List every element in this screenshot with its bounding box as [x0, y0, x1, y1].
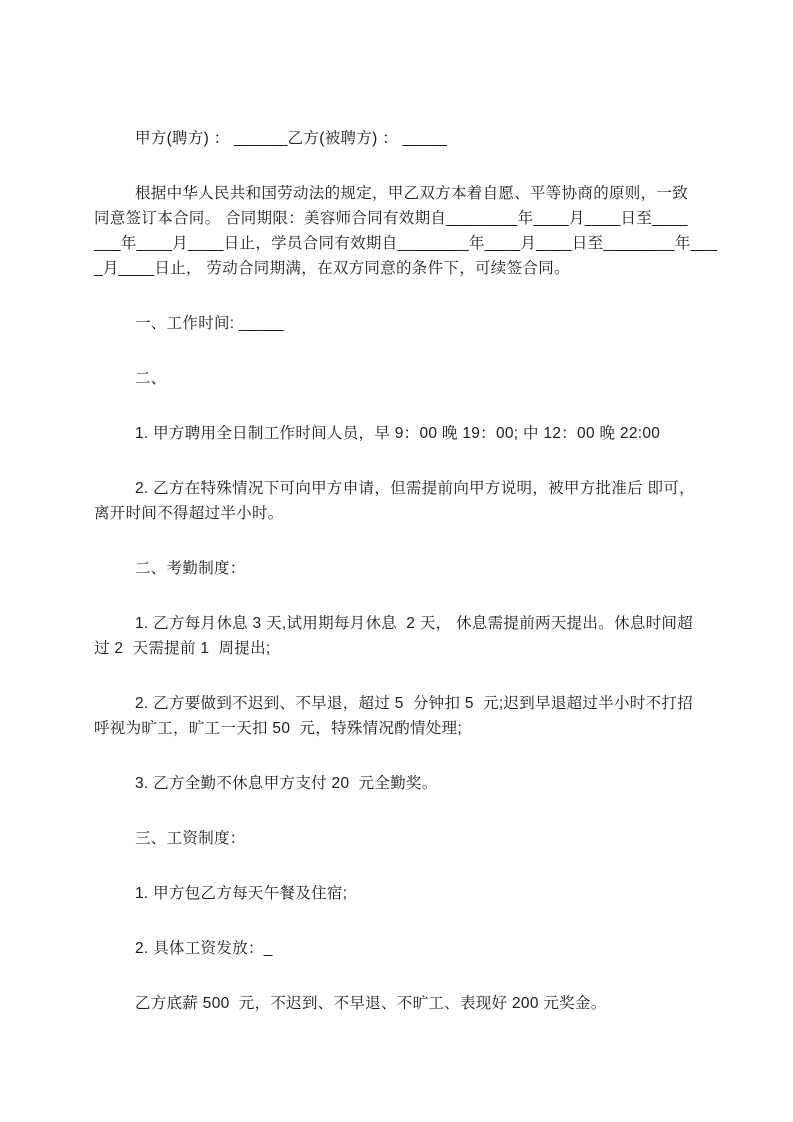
- text-line: 1. 乙方每月休息 3 天,试用期每月休息 2 天， 休息需提前两天提出。休息时…: [94, 611, 707, 636]
- text-line: 二、: [94, 366, 707, 391]
- salary-item-2: 2. 具体工资发放：_: [94, 936, 707, 961]
- text-line: 同意签订本合同。 合同期限：美容师合同有效期自________年____月___…: [94, 206, 707, 231]
- text-line: 1. 甲方包乙方每天午餐及住宿;: [94, 881, 707, 906]
- attendance-item-2: 2. 乙方要做到不迟到、不早退，超过 5 分钟扣 5 元;迟到早退超过半小时不打…: [94, 691, 707, 741]
- party-line: 甲方(聘方) ： ______乙方(被聘方) ： _____: [94, 126, 707, 151]
- text-line: 甲方(聘方) ： ______乙方(被聘方) ： _____: [94, 126, 707, 151]
- text-line: 一、工作时间: _____: [94, 311, 707, 336]
- salary-item-1: 1. 甲方包乙方每天午餐及住宿;: [94, 881, 707, 906]
- section-salary-heading: 三、工资制度：: [94, 826, 707, 851]
- text-line: 呼视为旷工，旷工一天扣 50 元，特殊情况酌情处理;: [94, 716, 707, 741]
- work-time-item-2: 2. 乙方在特殊情况下可向甲方申请，但需提前向甲方说明，被甲方批准后 即可， 离…: [94, 476, 707, 526]
- text-line: 2. 具体工资发放：_: [94, 936, 707, 961]
- work-time-item-1: 1. 甲方聘用全日制工作时间人员，早 9：00 晚 19：00; 中 12：00…: [94, 421, 707, 446]
- text-line: 根据中华人民共和国劳动法的规定，甲乙双方本着自愿、平等协商的原则，一致: [94, 181, 707, 206]
- text-line: 离开时间不得超过半小时。: [94, 501, 707, 526]
- intro-paragraph: 根据中华人民共和国劳动法的规定，甲乙双方本着自愿、平等协商的原则，一致 同意签订…: [94, 181, 707, 281]
- text-line: 1. 甲方聘用全日制工作时间人员，早 9：00 晚 19：00; 中 12：00…: [94, 421, 707, 446]
- text-line: 乙方底薪 500 元，不迟到、不早退、不旷工、表现好 200 元奖金。: [94, 991, 707, 1016]
- text-line: 三、工资制度：: [94, 826, 707, 851]
- section-attendance-heading: 二、考勤制度：: [94, 556, 707, 581]
- section-two-empty: 二、: [94, 366, 707, 391]
- text-line: ___年____月____日止，学员合同有效期自________年____月__…: [94, 231, 707, 256]
- salary-detail: 乙方底薪 500 元，不迟到、不早退、不旷工、表现好 200 元奖金。: [94, 991, 707, 1016]
- contract-body: 甲方(聘方) ： ______乙方(被聘方) ： _____ 根据中华人民共和国…: [0, 0, 793, 1016]
- document-page: 甲方(聘方) ： ______乙方(被聘方) ： _____ 根据中华人民共和国…: [0, 0, 793, 1122]
- text-line: 3. 乙方全勤不休息甲方支付 20 元全勤奖。: [94, 771, 707, 796]
- text-line: _月____日止， 劳动合同期满，在双方同意的条件下，可续签合同。: [94, 256, 707, 281]
- text-line: 二、考勤制度：: [94, 556, 707, 581]
- attendance-item-3: 3. 乙方全勤不休息甲方支付 20 元全勤奖。: [94, 771, 707, 796]
- text-line: 2. 乙方要做到不迟到、不早退，超过 5 分钟扣 5 元;迟到早退超过半小时不打…: [94, 691, 707, 716]
- text-line: 2. 乙方在特殊情况下可向甲方申请，但需提前向甲方说明，被甲方批准后 即可，: [94, 476, 707, 501]
- section-work-time-heading: 一、工作时间: _____: [94, 311, 707, 336]
- attendance-item-1: 1. 乙方每月休息 3 天,试用期每月休息 2 天， 休息需提前两天提出。休息时…: [94, 611, 707, 661]
- text-line: 过 2 天需提前 1 周提出;: [94, 636, 707, 661]
